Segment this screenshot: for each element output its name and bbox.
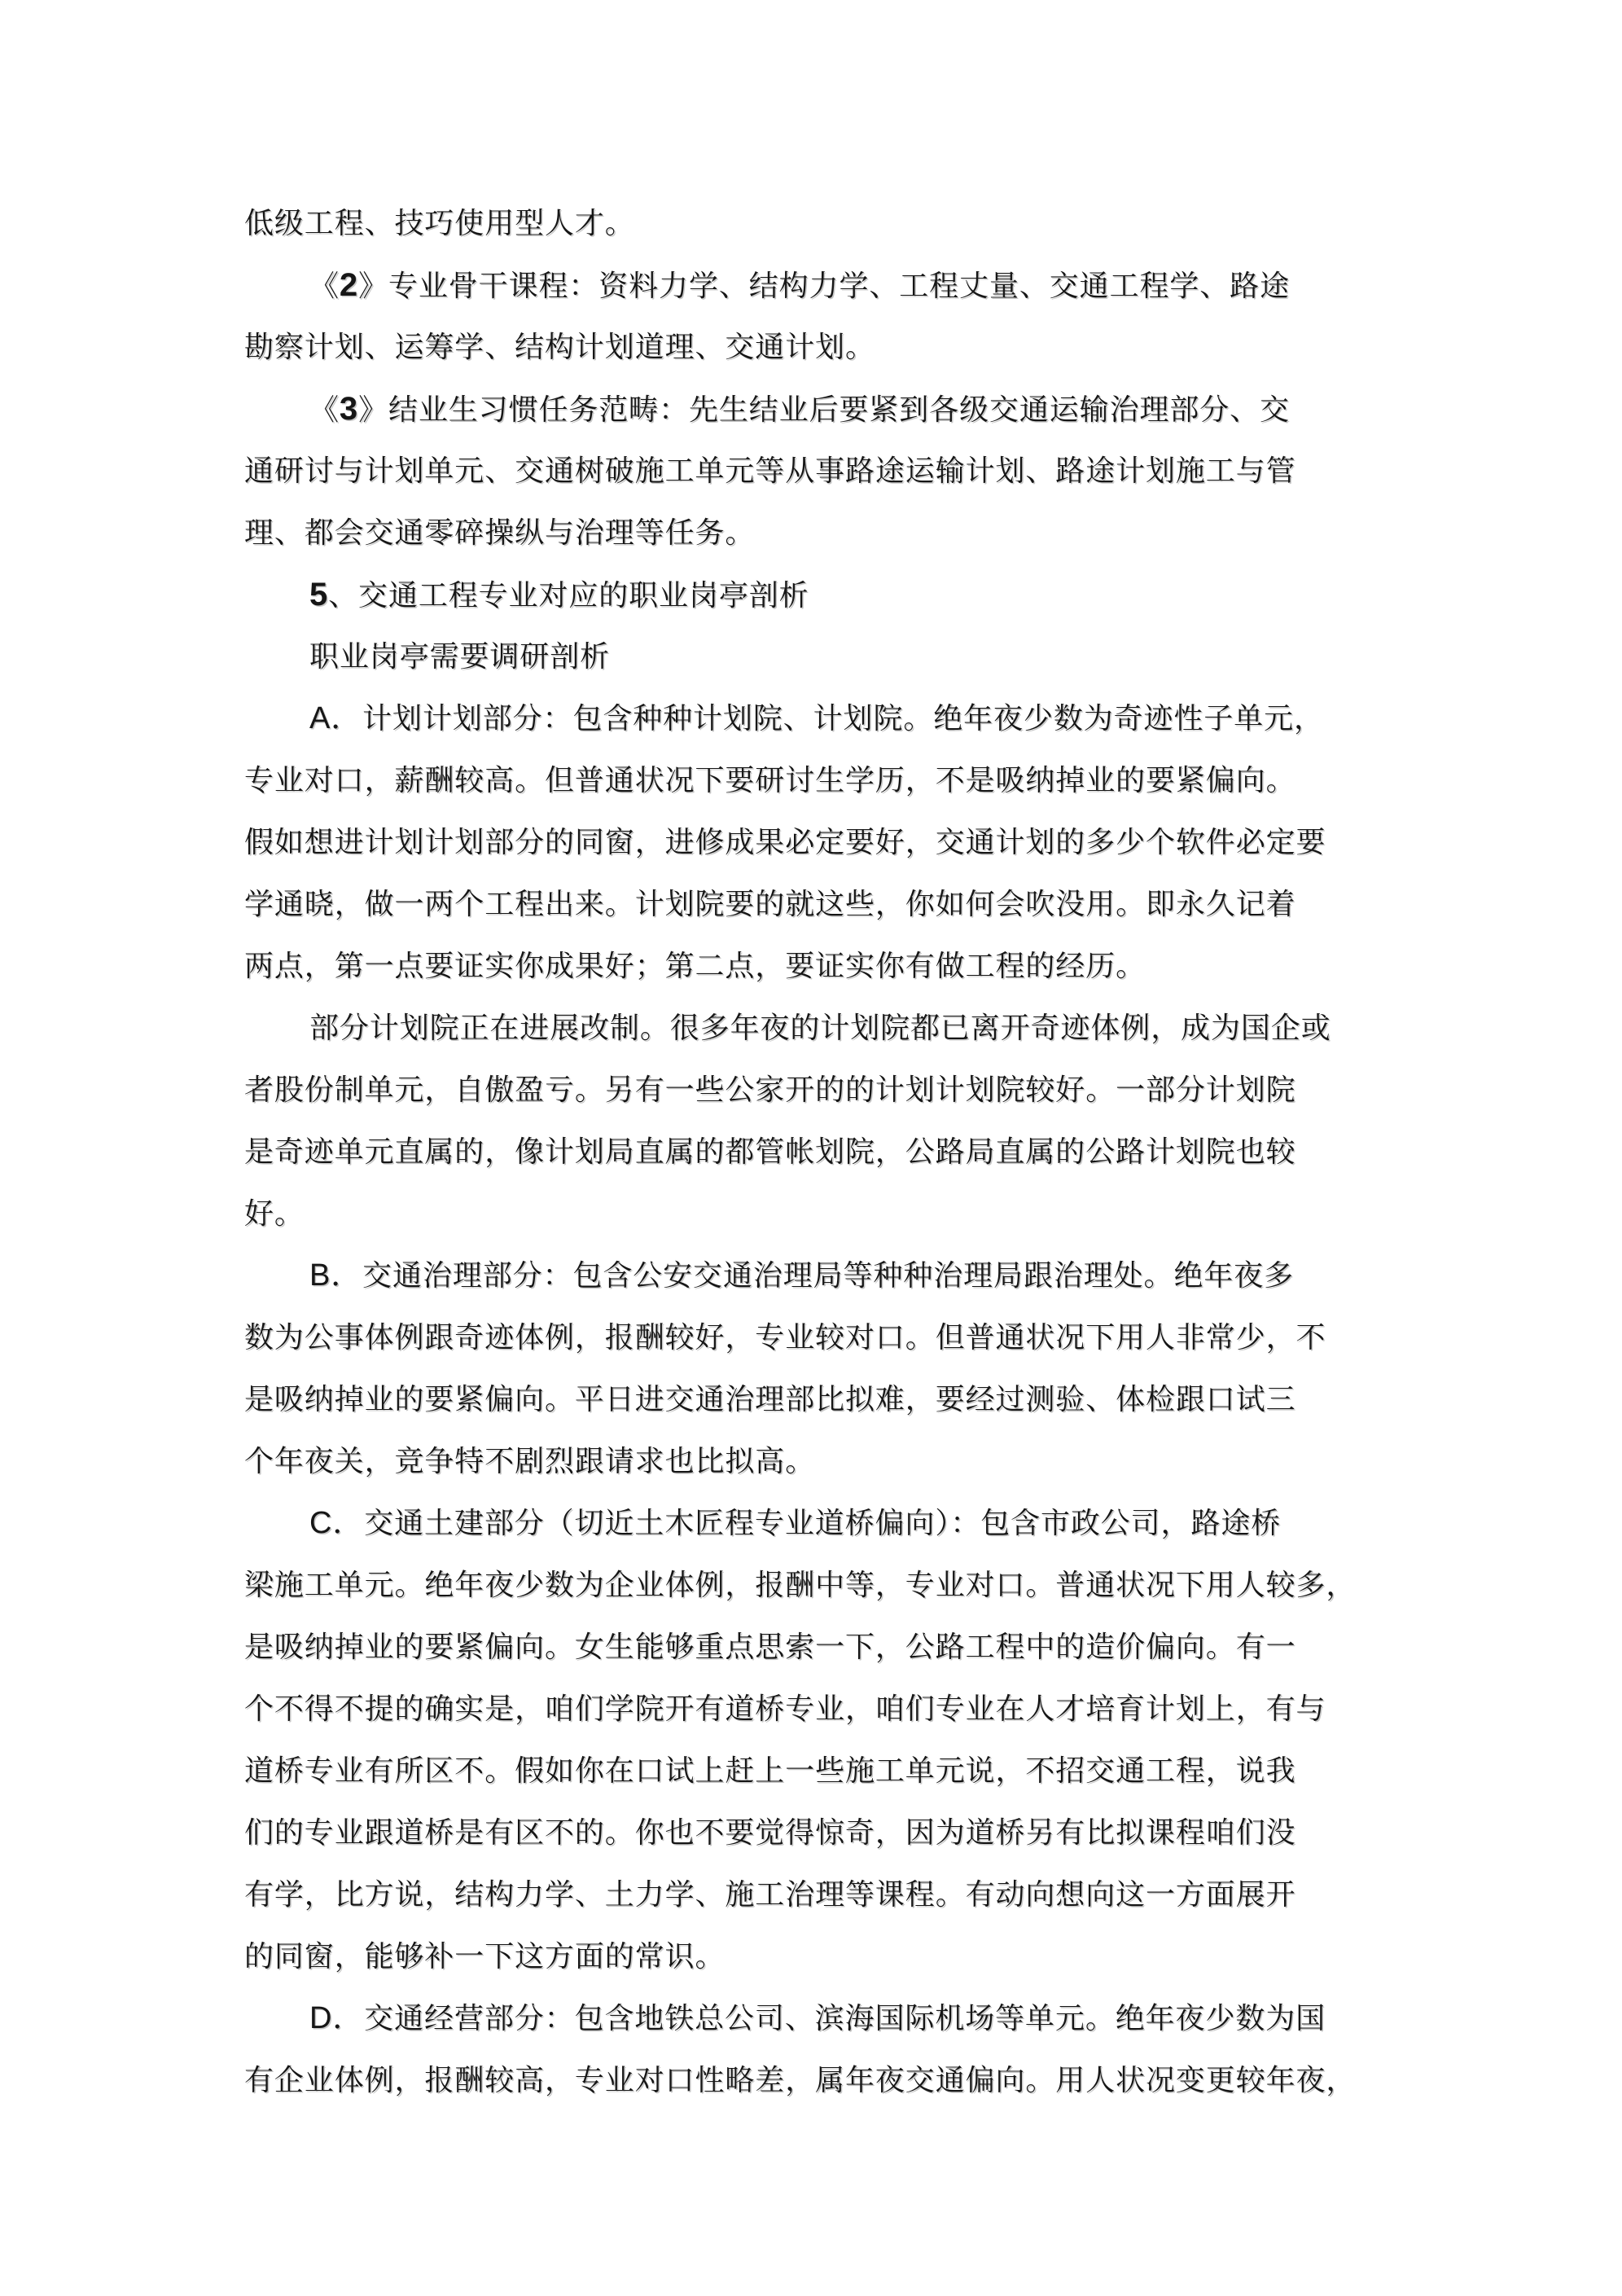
text-line: 有企业体例，报酬较高，专业对口性略差，属年夜交通偏向。用人状况变更较年夜， [244, 2049, 1401, 2111]
text-line: 个年夜关，竞争特不剧烈跟请求也比拟高。 [244, 1430, 1401, 1492]
text-line: 是奇迹单元直属的，像计划局直属的都管帐划院，公路局直属的公路计划院也较 [244, 1121, 1401, 1183]
text-line: 低级工程、技巧使用型人才。 [244, 192, 1401, 254]
text-line: 好。 [244, 1183, 1401, 1245]
text-line: 专业对口，薪酬较高。但普通状况下要研讨生学历，不是吸纳掉业的要紧偏向。 [244, 749, 1401, 811]
paragraph-start: 《3》结业生习惯任务范畴：先生结业后要紧到各级交通运输治理部分、交 [244, 378, 1401, 440]
text-line: 的同窗，能够补一下这方面的常识。 [244, 1925, 1401, 1987]
text-line: 们的专业跟道桥是有区不的。你也不要觉得惊奇，因为道桥另有比拟课程咱们没 [244, 1802, 1401, 1864]
text-line: 个不得不提的确实是，咱们学院开有道桥专业，咱们专业在人才培育计划上，有与 [244, 1678, 1401, 1740]
bracket-close: 》 [358, 393, 388, 426]
line-text: 交通治理部分：包含公安交通治理局等种种治理局跟治理处。绝年夜多 [362, 1259, 1294, 1292]
document-page: { "page": { "background": "#ffffff", "te… [0, 0, 1622, 2296]
text-line: 是吸纳掉业的要紧偏向。平日进交通治理部比拟难，要经过测验、体检跟口试三 [244, 1368, 1401, 1430]
sub-heading: 职业岗亭需要调研剖析 [244, 626, 1401, 687]
section-number: 3 [340, 391, 358, 427]
line-text: 专业骨干课程：资料力学、结构力学、工程丈量、交通工程学、路途 [388, 270, 1290, 302]
section-number: 2 [340, 267, 358, 303]
text-line: 两点，第一点要证实你成果好；第二点，要证实你有做工程的经历。 [244, 935, 1401, 997]
bracket-open: 《 [309, 393, 340, 426]
text-line: 数为公事体例跟奇迹体例，报酬较好，专业较对口。但普通状况下用人非常少，不 [244, 1306, 1401, 1368]
text-line: 道桥专业有所区不。假如你在口试上赶上一些施工单元说，不招交通工程，说我 [244, 1740, 1401, 1802]
text-line: 勘察计划、运筹学、结构计划道理、交通计划。 [244, 316, 1401, 378]
line-text: 交通土建部分（切近土木匠程专业道桥偏向）：包含市政公司，路途桥 [364, 1507, 1281, 1539]
text-line: 者股份制单元，自傲盈亏。另有一些公家开的的计划计划院较好。一部分计划院 [244, 1059, 1401, 1121]
paragraph-start: C．交通土建部分（切近土木匠程专业道桥偏向）：包含市政公司，路途桥 [244, 1492, 1401, 1554]
line-text: 交通经营部分：包含地铁总公司、滨海国际机场等单元。绝年夜少数为国 [364, 2002, 1326, 2035]
text-block: 低级工程、技巧使用型人才。 《2》专业骨干课程：资料力学、结构力学、工程丈量、交… [244, 192, 1401, 2111]
paragraph-start: D．交通经营部分：包含地铁总公司、滨海国际机场等单元。绝年夜少数为国 [244, 1987, 1401, 2049]
item-letter: B． [309, 1258, 362, 1293]
text-line: 是吸纳掉业的要紧偏向。女生能够重点思索一下，公路工程中的造价偏向。有一 [244, 1616, 1401, 1678]
line-text: 计划计划部分：包含种种计划院、计划院。绝年夜少数为奇迹性子单元， [362, 702, 1324, 735]
bracket-close: 》 [358, 270, 388, 302]
section-number: 5 [309, 577, 328, 612]
text-line: 理、都会交通零碎操纵与治理等任务。 [244, 502, 1401, 564]
item-letter: C． [309, 1506, 364, 1540]
paragraph-start: A．计划计划部分：包含种种计划院、计划院。绝年夜少数为奇迹性子单元， [244, 687, 1401, 749]
text-line: 梁施工单元。绝年夜少数为企业体例，报酬中等，专业对口。普通状况下用人较多， [244, 1554, 1401, 1616]
text-line: 学通晓，做一两个工程出来。计划院要的就这些，你如何会吹没用。即永久记着 [244, 873, 1401, 935]
section-heading: 5、交通工程专业对应的职业岗亭剖析 [244, 564, 1401, 626]
page: 低级工程、技巧使用型人才。 《2》专业骨干课程：资料力学、结构力学、工程丈量、交… [0, 0, 1622, 2296]
bracket-open: 《 [309, 270, 340, 302]
line-text: 结业生习惯任务范畴：先生结业后要紧到各级交通运输治理部分、交 [388, 393, 1290, 426]
item-letter: A． [309, 701, 362, 735]
paragraph-start: 部分计划院正在进展改制。很多年夜的计划院都已离开奇迹体例，成为国企或 [244, 997, 1401, 1059]
text-line: 有学，比方说，结构力学、土力学、施工治理等课程。有动向想向这一方面展开 [244, 1864, 1401, 1925]
text-line: 通研讨与计划单元、交通树破施工单元等从事路途运输计划、路途计划施工与管 [244, 440, 1401, 502]
line-text: 、交通工程专业对应的职业岗亭剖析 [328, 579, 809, 612]
paragraph-start: B．交通治理部分：包含公安交通治理局等种种治理局跟治理处。绝年夜多 [244, 1245, 1401, 1306]
text-line: 假如想进计划计划部分的同窗，进修成果必定要好，交通计划的多少个软件必定要 [244, 811, 1401, 873]
item-letter: D． [309, 2001, 364, 2035]
paragraph-start: 《2》专业骨干课程：资料力学、结构力学、工程丈量、交通工程学、路途 [244, 254, 1401, 316]
